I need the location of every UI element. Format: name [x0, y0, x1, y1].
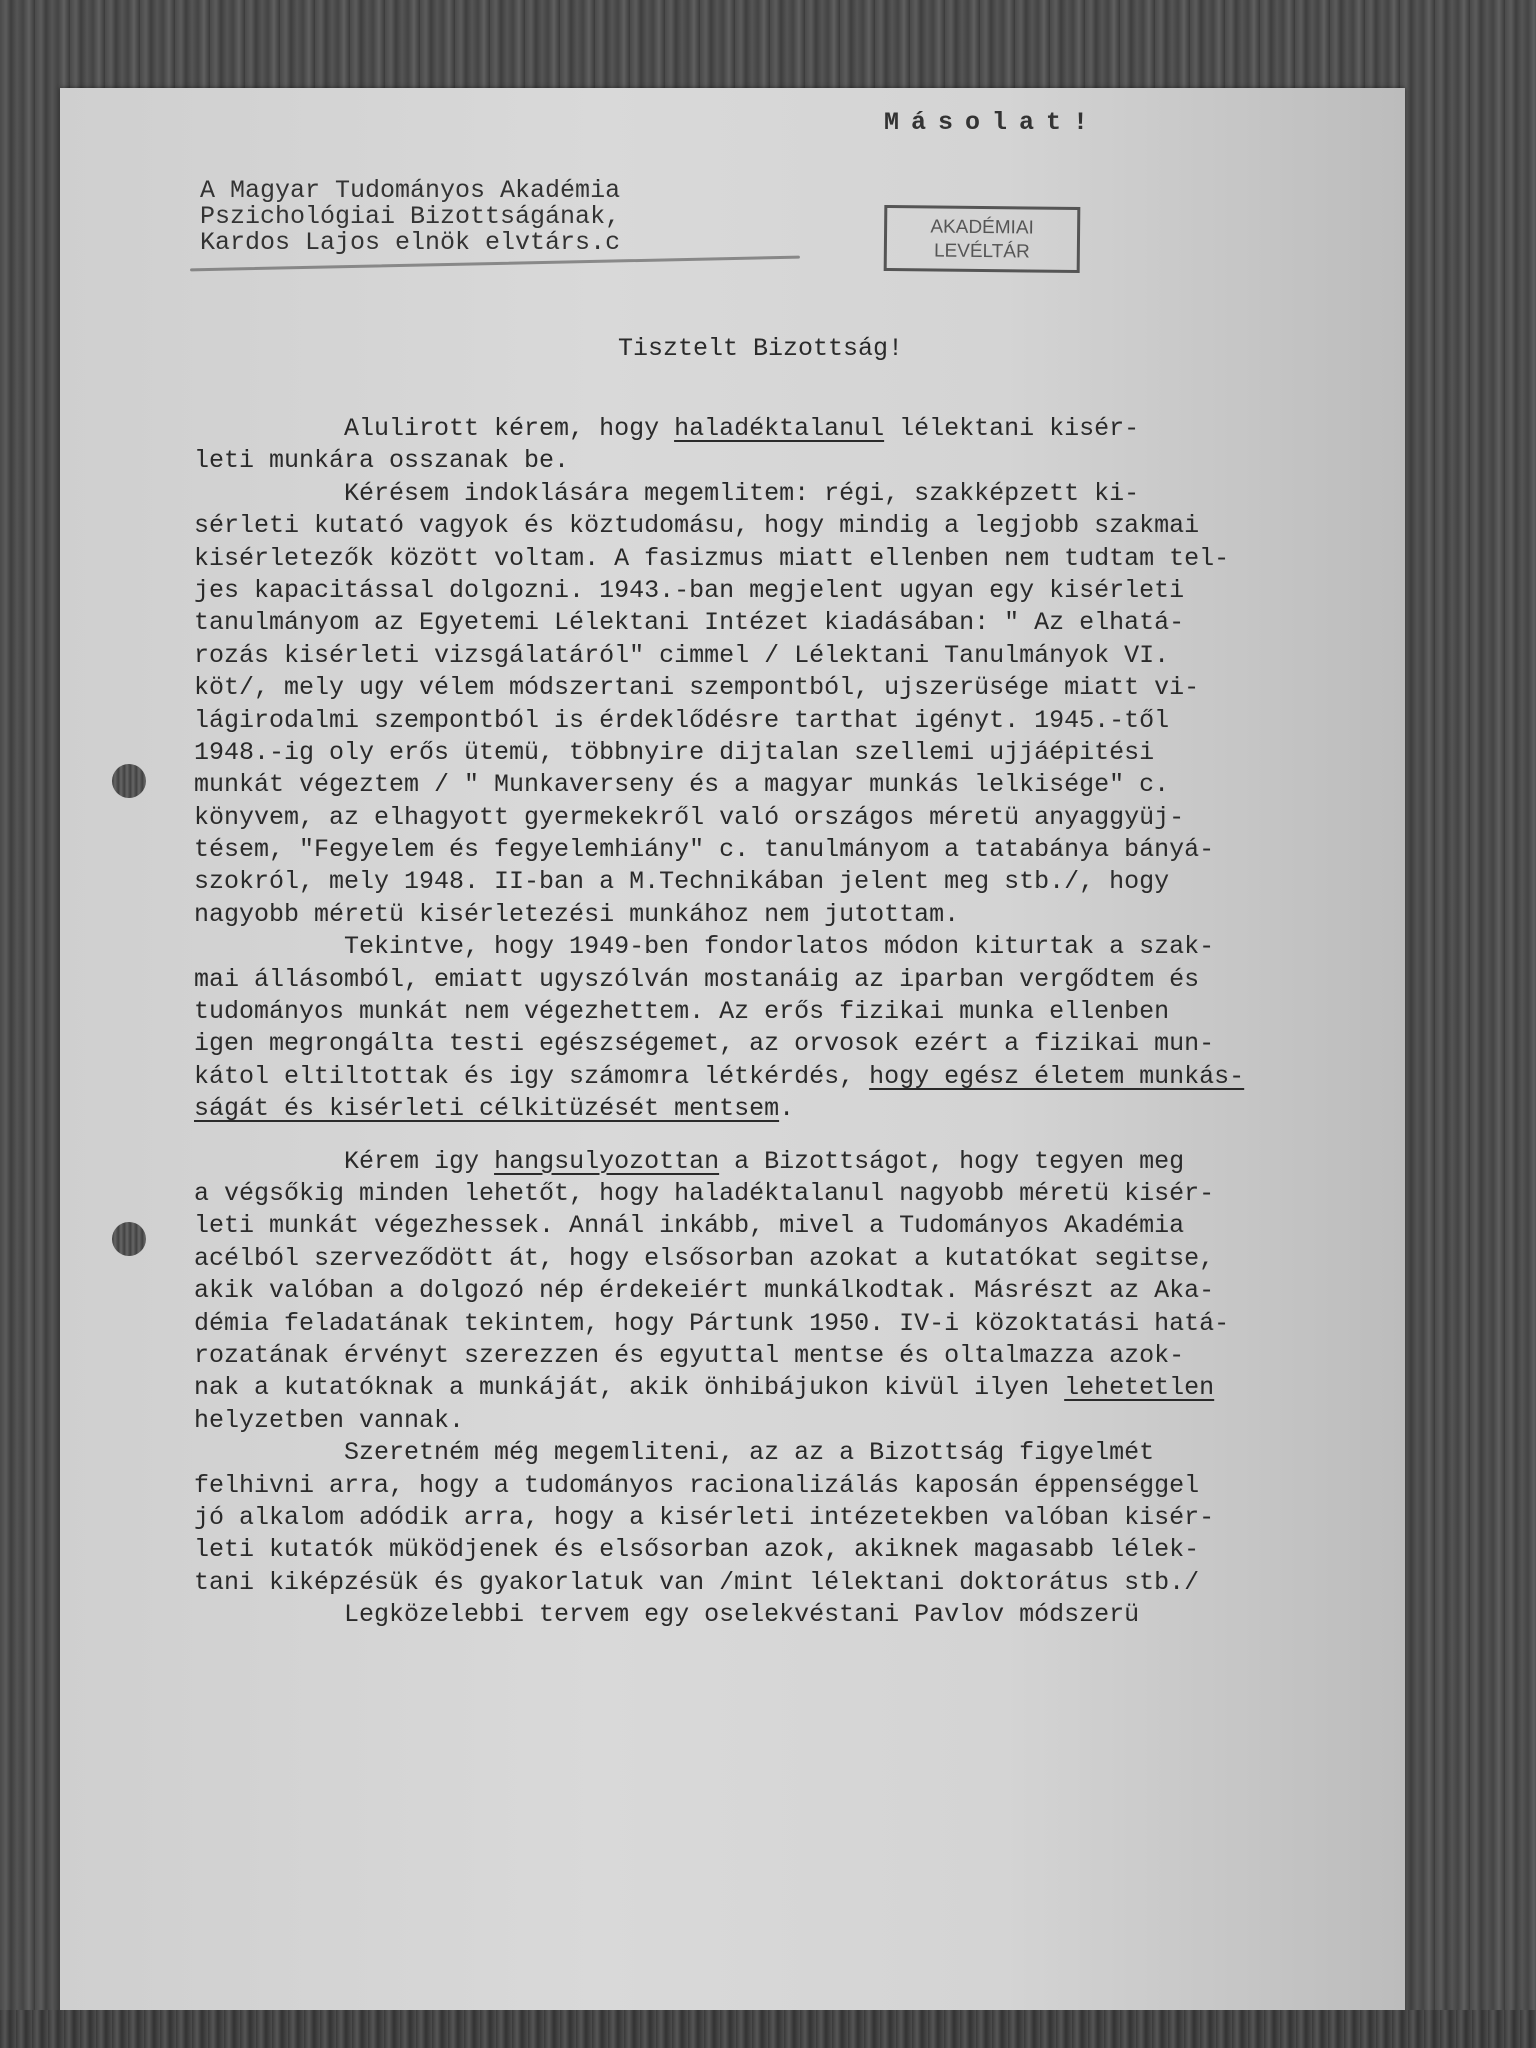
text-segment: leti munkát végezhessek. Annál inkább, m…: [194, 1211, 1184, 1240]
text-segment: kisérletezők között voltam. A fasizmus m…: [194, 544, 1229, 573]
text-segment: nagyobb méretü kisérletezési munkához ne…: [194, 900, 959, 929]
underlined-text: haladéktalanul: [674, 414, 884, 443]
text-segment: rozatának érvényt szerezzen és egyuttal …: [194, 1341, 1184, 1370]
address-line: Kardos Lajos elnök elvtárs.c: [200, 230, 620, 256]
text-segment: a végsőkig minden lehetőt, hogy haladékt…: [194, 1179, 1214, 1208]
text-line: jó alkalom adódik arra, hogy a kisérleti…: [194, 1502, 1404, 1534]
text-line: acélból szerveződött át, hogy elsősorban…: [194, 1243, 1404, 1275]
text-segment: 1948.-ig oly erős ütemü, többnyire dijta…: [194, 738, 1154, 767]
text-segment: akik valóban a dolgozó nép érdekeiért mu…: [194, 1276, 1214, 1305]
underlined-text: lehetetlen: [1064, 1373, 1214, 1402]
text-line: Szeretném még megemliteni, az az a Bizot…: [194, 1437, 1404, 1469]
text-segment: Kérésem indoklására megemlitem: régi, sz…: [194, 479, 1139, 508]
text-segment: mai állásomból, emiatt ugyszólván mostan…: [194, 965, 1199, 994]
letter-body: Alulirott kérem, hogy haladéktalanul lél…: [194, 413, 1404, 1631]
text-line: kátol eltiltottak és igy számomra létkér…: [194, 1061, 1404, 1093]
text-line: tani kiképzésük és gyakorlatuk van /mint…: [194, 1567, 1404, 1599]
copy-mark: Másolat!: [884, 108, 1100, 137]
text-segment: tani kiképzésük és gyakorlatuk van /mint…: [194, 1568, 1199, 1597]
text-line: démia feladatának tekintem, hogy Pártunk…: [194, 1308, 1404, 1340]
text-line: ságát és kisérleti célkitüzését mentsem.: [194, 1093, 1404, 1125]
text-line: tanulmányom az Egyetemi Lélektani Intéze…: [194, 607, 1404, 639]
text-segment: tudományos munkát nem végezhettem. Az er…: [194, 997, 1169, 1026]
text-line: Legközelebbi tervem egy oselekvéstani Pa…: [194, 1599, 1404, 1631]
text-line: nak a kutatóknak a munkáját, akik önhibá…: [194, 1372, 1404, 1404]
text-segment: könyvem, az elhagyott gyermekekről való …: [194, 803, 1184, 832]
stamp-line: LEVÉLTÁR: [887, 239, 1077, 265]
paragraph: Kérem igy hangsulyozottan a Bizottságot,…: [194, 1126, 1404, 1438]
text-line: lágirodalmi szempontból is érdeklődésre …: [194, 705, 1404, 737]
paragraph: Szeretném még megemliteni, az az a Bizot…: [194, 1437, 1404, 1599]
text-line: akik valóban a dolgozó nép érdekeiért mu…: [194, 1275, 1404, 1307]
underlined-text: ságát és kisérleti célkitüzését mentsem: [194, 1094, 779, 1123]
text-line: mai állásomból, emiatt ugyszólván mostan…: [194, 964, 1404, 996]
wood-background: [0, 2010, 1536, 2048]
text-segment: tésem, "Fegyelem és fegyelemhiány" c. ta…: [194, 835, 1214, 864]
text-segment: lélektani kisér-: [884, 414, 1139, 443]
text-line: helyzetben vannak.: [194, 1405, 1404, 1437]
text-segment: leti kutatók müködjenek és elsősorban az…: [194, 1535, 1199, 1564]
text-segment: a Bizottságot, hogy tegyen meg: [719, 1147, 1184, 1176]
text-segment: Alulirott kérem, hogy: [194, 414, 674, 443]
text-line: Kérésem indoklására megemlitem: régi, sz…: [194, 478, 1404, 510]
text-line: könyvem, az elhagyott gyermekekről való …: [194, 802, 1404, 834]
text-segment: szokról, mely 1948. II-ban a M.Technikáb…: [194, 867, 1169, 896]
paragraph: Alulirott kérem, hogy haladéktalanul lél…: [194, 413, 1404, 478]
text-segment: Kérem igy: [194, 1147, 494, 1176]
text-line: rozás kisérleti vizsgálatáról" cimmel / …: [194, 640, 1404, 672]
text-line: tudományos munkát nem végezhettem. Az er…: [194, 996, 1404, 1028]
text-line: Alulirott kérem, hogy haladéktalanul lél…: [194, 413, 1404, 445]
address-line: A Magyar Tudományos Akadémia: [200, 178, 620, 204]
paragraph: Kérésem indoklására megemlitem: régi, sz…: [194, 478, 1404, 931]
text-line: jes kapacitással dolgozni. 1943.-ban meg…: [194, 575, 1404, 607]
text-segment: sérleti kutató vagyok és köztudomásu, ho…: [194, 511, 1199, 540]
text-segment: jó alkalom adódik arra, hogy a kisérleti…: [194, 1503, 1214, 1532]
paragraph: Tekintve, hogy 1949-ben fondorlatos módo…: [194, 931, 1404, 1125]
text-segment: Tekintve, hogy 1949-ben fondorlatos módo…: [194, 932, 1214, 961]
text-line: munkát végeztem / " Munkaverseny és a ma…: [194, 769, 1404, 801]
text-line: sérleti kutató vagyok és köztudomásu, ho…: [194, 510, 1404, 542]
text-segment: démia feladatának tekintem, hogy Pártunk…: [194, 1309, 1229, 1338]
text-segment: igen megrongálta testi egészségemet, az …: [194, 1029, 1214, 1058]
text-segment: nak a kutatóknak a munkáját, akik önhibá…: [194, 1373, 1064, 1402]
underlined-text: hogy egész életem munkás-: [869, 1062, 1244, 1091]
text-segment: helyzetben vannak.: [194, 1406, 464, 1435]
punch-hole: [112, 764, 146, 798]
text-line: szokról, mely 1948. II-ban a M.Technikáb…: [194, 866, 1404, 898]
text-line: leti kutatók müködjenek és elsősorban az…: [194, 1534, 1404, 1566]
text-segment: acélból szerveződött át, hogy elsősorban…: [194, 1244, 1214, 1273]
text-line: kisérletezők között voltam. A fasizmus m…: [194, 543, 1404, 575]
text-line: köt/, mely ugy vélem módszertani szempon…: [194, 672, 1404, 704]
paragraph: Legközelebbi tervem egy oselekvéstani Pa…: [194, 1599, 1404, 1631]
underlined-text: hangsulyozottan: [494, 1147, 719, 1176]
text-segment: kátol eltiltottak és igy számomra létkér…: [194, 1062, 869, 1091]
text-segment: felhivni arra, hogy a tudományos raciona…: [194, 1471, 1199, 1500]
archive-stamp: AKADÉMIAI LEVÉLTÁR: [884, 205, 1081, 273]
text-line: rozatának érvényt szerezzen és egyuttal …: [194, 1340, 1404, 1372]
text-line: leti munkát végezhessek. Annál inkább, m…: [194, 1210, 1404, 1242]
stamp-line: AKADÉMIAI: [887, 215, 1077, 241]
text-segment: .: [779, 1094, 794, 1123]
text-line: Tekintve, hogy 1949-ben fondorlatos módo…: [194, 931, 1404, 963]
text-line: Kérem igy hangsulyozottan a Bizottságot,…: [194, 1146, 1404, 1178]
text-segment: Legközelebbi tervem egy oselekvéstani Pa…: [194, 1600, 1139, 1629]
text-segment: jes kapacitással dolgozni. 1943.-ban meg…: [194, 576, 1184, 605]
text-line: igen megrongálta testi egészségemet, az …: [194, 1028, 1404, 1060]
text-segment: rozás kisérleti vizsgálatáról" cimmel / …: [194, 641, 1169, 670]
text-segment: köt/, mely ugy vélem módszertani szempon…: [194, 673, 1199, 702]
text-line: tésem, "Fegyelem és fegyelemhiány" c. ta…: [194, 834, 1404, 866]
text-segment: tanulmányom az Egyetemi Lélektani Intéze…: [194, 608, 1184, 637]
punch-hole: [112, 1222, 146, 1256]
recipient-address: A Magyar Tudományos Akadémia Pszichológi…: [200, 178, 620, 256]
text-segment: lágirodalmi szempontból is érdeklődésre …: [194, 706, 1169, 735]
text-line: felhivni arra, hogy a tudományos raciona…: [194, 1470, 1404, 1502]
text-line: nagyobb méretü kisérletezési munkához ne…: [194, 899, 1404, 931]
text-line: a végsőkig minden lehetőt, hogy haladékt…: [194, 1178, 1404, 1210]
text-line: leti munkára osszanak be.: [194, 445, 1404, 477]
text-segment: Szeretném még megemliteni, az az a Bizot…: [194, 1438, 1154, 1467]
text-segment: leti munkára osszanak be.: [194, 446, 569, 475]
paragraph-gap: [194, 1126, 1404, 1146]
text-segment: munkát végeztem / " Munkaverseny és a ma…: [194, 770, 1169, 799]
salutation: Tisztelt Bizottság!: [618, 334, 903, 363]
address-line: Pszichológiai Bizottságának,: [200, 204, 620, 230]
text-line: 1948.-ig oly erős ütemü, többnyire dijta…: [194, 737, 1404, 769]
